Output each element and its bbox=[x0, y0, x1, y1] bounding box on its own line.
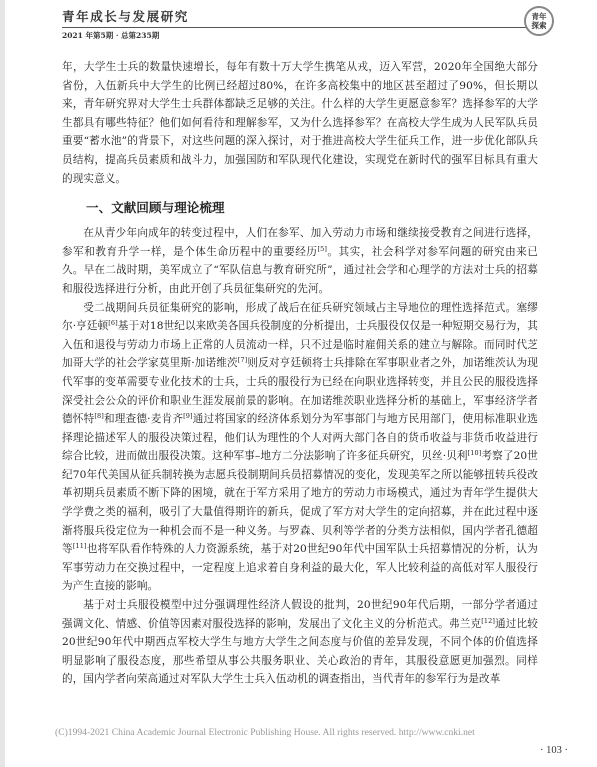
page-number: · 103 · bbox=[540, 745, 568, 756]
page-header: 青年成长与发展研究 2021 年第5期 · 总第235期 bbox=[62, 7, 562, 41]
paragraph-2: 受二战期间兵员征集研究的影响，形成了战后在征兵研究领域占主导地位的理性选择范式。… bbox=[62, 299, 538, 597]
citation-ref: [7] bbox=[238, 356, 248, 364]
citation-ref: [9] bbox=[183, 412, 193, 420]
section-heading: 一、文献回顾与理论梳理 bbox=[86, 198, 538, 218]
citation-ref: [8] bbox=[94, 412, 104, 420]
emblem-line-2: 探索 bbox=[532, 21, 547, 30]
header-rule bbox=[62, 27, 528, 28]
text-run: 基于对士兵服役模型中过分强调理性经济人假设的批判，20世纪90年代后期，一部分学… bbox=[62, 599, 538, 630]
copyright-notice: (C)1994-2021 China Academic Journal Elec… bbox=[55, 727, 475, 738]
citation-ref: [10] bbox=[468, 449, 482, 457]
issue-info: 2021 年第5期 · 总第235期 bbox=[62, 30, 159, 41]
journal-title: 青年成长与发展研究 bbox=[62, 7, 189, 25]
paragraph-1: 在从青少年向成年的转变过程中，人们在参军、加入劳动力市场和继续接受教育之间进行选… bbox=[62, 224, 538, 298]
citation-ref: [6] bbox=[108, 319, 118, 327]
citation-ref: [5] bbox=[317, 245, 327, 253]
citation-ref: [11] bbox=[73, 542, 87, 550]
text-run: 和理查德·麦肯齐 bbox=[104, 413, 183, 425]
intro-paragraph: 年，大学生士兵的数量快速增长，每年有数十万大学生携笔从戎，迈入军营，2020年全… bbox=[62, 58, 538, 188]
page-left-margin-strip bbox=[0, 0, 5, 767]
text-run: 考察了20世纪70年代美国从征兵制转换为志愿兵役制期间兵员招募情况的变化，发现美… bbox=[62, 450, 538, 555]
column-emblem-icon: 青年 探索 bbox=[524, 6, 554, 36]
article-body: 年，大学生士兵的数量快速增长，每年有数十万大学生携笔从戎，迈入军营，2020年全… bbox=[62, 58, 538, 689]
text-run: 也将军队看作特殊的人力资源系统，基于对20世纪90年代中国军队士兵招募情况的分析… bbox=[62, 543, 538, 592]
citation-ref: [12] bbox=[481, 617, 495, 625]
paragraph-3: 基于对士兵服役模型中过分强调理性经济人假设的批判，20世纪90年代后期，一部分学… bbox=[62, 596, 538, 689]
emblem-line-1: 青年 bbox=[532, 12, 547, 21]
